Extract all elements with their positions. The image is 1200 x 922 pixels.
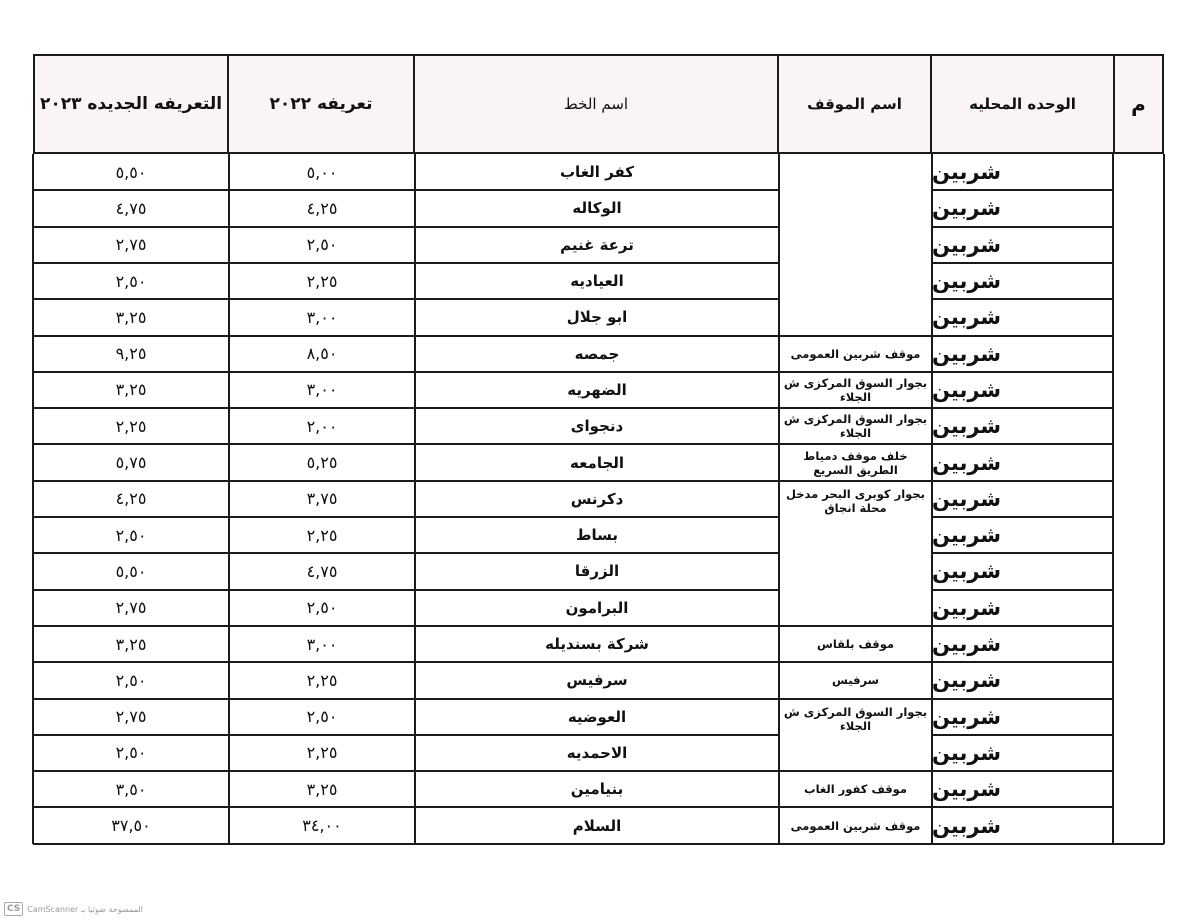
fare-table-page: التعريفه الجديده ٢٠٢٣ تعريفه ٢٠٢٢ اسم ال…	[0, 0, 1200, 922]
fare-2022-cell: ٣,٧٥	[229, 481, 415, 517]
fare-2022-cell: ٢,٢٥	[229, 662, 415, 698]
column-divider	[931, 154, 933, 844]
line-name-cell: دكرنس	[415, 481, 779, 517]
stop-name-cell: بجوار السوق المركزى ش الجلاء	[779, 699, 932, 772]
local-unit-cell: شربين	[932, 662, 1113, 698]
local-unit-cell: شربين	[932, 517, 1113, 553]
local-unit-cell: شربين	[932, 481, 1113, 517]
fare-2023-cell: ٢,٥٠	[33, 735, 229, 771]
fare-2023-cell: ٣٧,٥٠	[33, 807, 229, 843]
fare-2022-cell: ٢,٢٥	[229, 735, 415, 771]
fare-2022-cell: ٥,٢٥	[229, 444, 415, 480]
header-local-unit: الوحده المحليه	[930, 54, 1115, 154]
fare-2022-cell: ٣,٢٥	[229, 771, 415, 807]
local-unit-cell: شربين	[932, 154, 1113, 190]
column-divider	[1163, 154, 1165, 844]
fare-2022-cell: ٤,٢٥	[229, 190, 415, 226]
local-unit-cell: شربين	[932, 699, 1113, 735]
stop-name-cell: بجوار كوبرى البحر مدخل محلة انجاق	[779, 481, 932, 626]
local-unit-cell: شربين	[932, 444, 1113, 480]
stop-name-cell: موقف كفور الغاب	[779, 771, 932, 807]
stop-name-cell	[779, 154, 932, 336]
local-unit-cell: شربين	[932, 263, 1113, 299]
fare-2022-cell: ٣,٠٠	[229, 299, 415, 335]
header-fare-2022: تعريفه ٢٠٢٢	[227, 54, 415, 154]
fare-2022-cell: ٢,٥٠	[229, 590, 415, 626]
fare-2022-cell: ٤,٧٥	[229, 553, 415, 589]
local-unit-cell: شربين	[932, 590, 1113, 626]
fare-2023-cell: ٣,٢٥	[33, 372, 229, 408]
fare-2022-cell: ٢,٢٥	[229, 517, 415, 553]
fare-2023-cell: ٣,٢٥	[33, 299, 229, 335]
local-unit-cell: شربين	[932, 626, 1113, 662]
line-name-cell: دنجواى	[415, 408, 779, 444]
line-name-cell: ابو جلال	[415, 299, 779, 335]
fare-2022-cell: ٢,٠٠	[229, 408, 415, 444]
header-fare-2023: التعريفه الجديده ٢٠٢٣	[33, 54, 229, 154]
fare-2022-cell: ٣,٠٠	[229, 626, 415, 662]
local-unit-cell: شربين	[932, 553, 1113, 589]
line-name-cell: العوضيه	[415, 699, 779, 735]
local-unit-cell: شربين	[932, 807, 1113, 843]
local-unit-cell: شربين	[932, 372, 1113, 408]
line-name-cell: بساط	[415, 517, 779, 553]
fare-2023-cell: ٥,٧٥	[33, 444, 229, 480]
fare-2023-cell: ٢,٥٠	[33, 517, 229, 553]
fare-2022-cell: ٢,٥٠	[229, 699, 415, 735]
fare-2023-cell: ٥,٥٠	[33, 553, 229, 589]
line-name-cell: الضهريه	[415, 372, 779, 408]
fare-2023-cell: ٣,٢٥	[33, 626, 229, 662]
camscanner-logo-icon: CS	[4, 902, 23, 916]
fare-2023-cell: ٤,٧٥	[33, 190, 229, 226]
column-divider	[228, 154, 230, 844]
local-unit-cell: شربين	[932, 771, 1113, 807]
line-name-cell: كفر الغاب	[415, 154, 779, 190]
local-unit-cell: شربين	[932, 190, 1113, 226]
fare-2023-cell: ٢,٥٠	[33, 263, 229, 299]
stop-name-cell: بجوار السوق المركزى ش الجلاء	[779, 408, 932, 444]
row-divider	[1113, 843, 1164, 845]
line-name-cell: السلام	[415, 807, 779, 843]
local-unit-cell: شربين	[932, 227, 1113, 263]
header-stop-name: اسم الموقف	[777, 54, 932, 154]
stop-name-cell: موقف شربين العمومى	[779, 807, 932, 843]
fare-2023-cell: ٢,٢٥	[33, 408, 229, 444]
fare-2023-cell: ٢,٧٥	[33, 699, 229, 735]
header-index: م	[1113, 54, 1164, 154]
fare-2022-cell: ٥,٠٠	[229, 154, 415, 190]
fare-2022-cell: ٨,٥٠	[229, 336, 415, 372]
local-unit-cell: شربين	[932, 299, 1113, 335]
column-divider	[1112, 154, 1114, 844]
local-unit-cell: شربين	[932, 336, 1113, 372]
stop-name-cell: خلف موقف دمياط الطريق السريع	[779, 444, 932, 480]
stop-name-cell: سرفيس	[779, 662, 932, 698]
line-name-cell: الاحمديه	[415, 735, 779, 771]
fare-2022-cell: ٣,٠٠	[229, 372, 415, 408]
row-divider	[779, 843, 932, 845]
local-unit-cell: شربين	[932, 735, 1113, 771]
local-unit-cell: شربين	[932, 408, 1113, 444]
line-name-cell: بنيامين	[415, 771, 779, 807]
row-divider	[33, 843, 779, 845]
fare-2023-cell: ٢,٥٠	[33, 662, 229, 698]
fare-2022-cell: ٢,٥٠	[229, 227, 415, 263]
fare-2022-cell: ٢,٢٥	[229, 263, 415, 299]
fare-2023-cell: ٣,٥٠	[33, 771, 229, 807]
line-name-cell: الجامعه	[415, 444, 779, 480]
fare-2022-cell: ٣٤,٠٠	[229, 807, 415, 843]
line-name-cell: العياديه	[415, 263, 779, 299]
line-name-cell: البرامون	[415, 590, 779, 626]
line-name-cell: جمصه	[415, 336, 779, 372]
column-divider	[778, 154, 780, 844]
fare-2023-cell: ٢,٧٥	[33, 227, 229, 263]
watermark-text: CamScanner الممسوحة ضوئيا بـ	[27, 905, 143, 914]
line-name-cell: سرفيس	[415, 662, 779, 698]
line-name-cell: الوكاله	[415, 190, 779, 226]
stop-name-cell: موقف بلقاس	[779, 626, 932, 662]
fare-2023-cell: ٢,٧٥	[33, 590, 229, 626]
column-divider	[414, 154, 416, 844]
fare-2023-cell: ٤,٢٥	[33, 481, 229, 517]
column-divider	[32, 154, 34, 844]
line-name-cell: شركة بسنديله	[415, 626, 779, 662]
scanner-watermark: CS CamScanner الممسوحة ضوئيا بـ	[4, 902, 143, 916]
row-divider	[932, 843, 1113, 845]
header-line-name: اسم الخط	[413, 54, 779, 154]
line-name-cell: ترعة غنيم	[415, 227, 779, 263]
line-name-cell: الزرقا	[415, 553, 779, 589]
stop-name-cell: موقف شربين العمومى	[779, 336, 932, 372]
fare-2023-cell: ٩,٢٥	[33, 336, 229, 372]
fare-2023-cell: ٥,٥٠	[33, 154, 229, 190]
stop-name-cell: بجوار السوق المركزى ش الجلاء	[779, 372, 932, 408]
